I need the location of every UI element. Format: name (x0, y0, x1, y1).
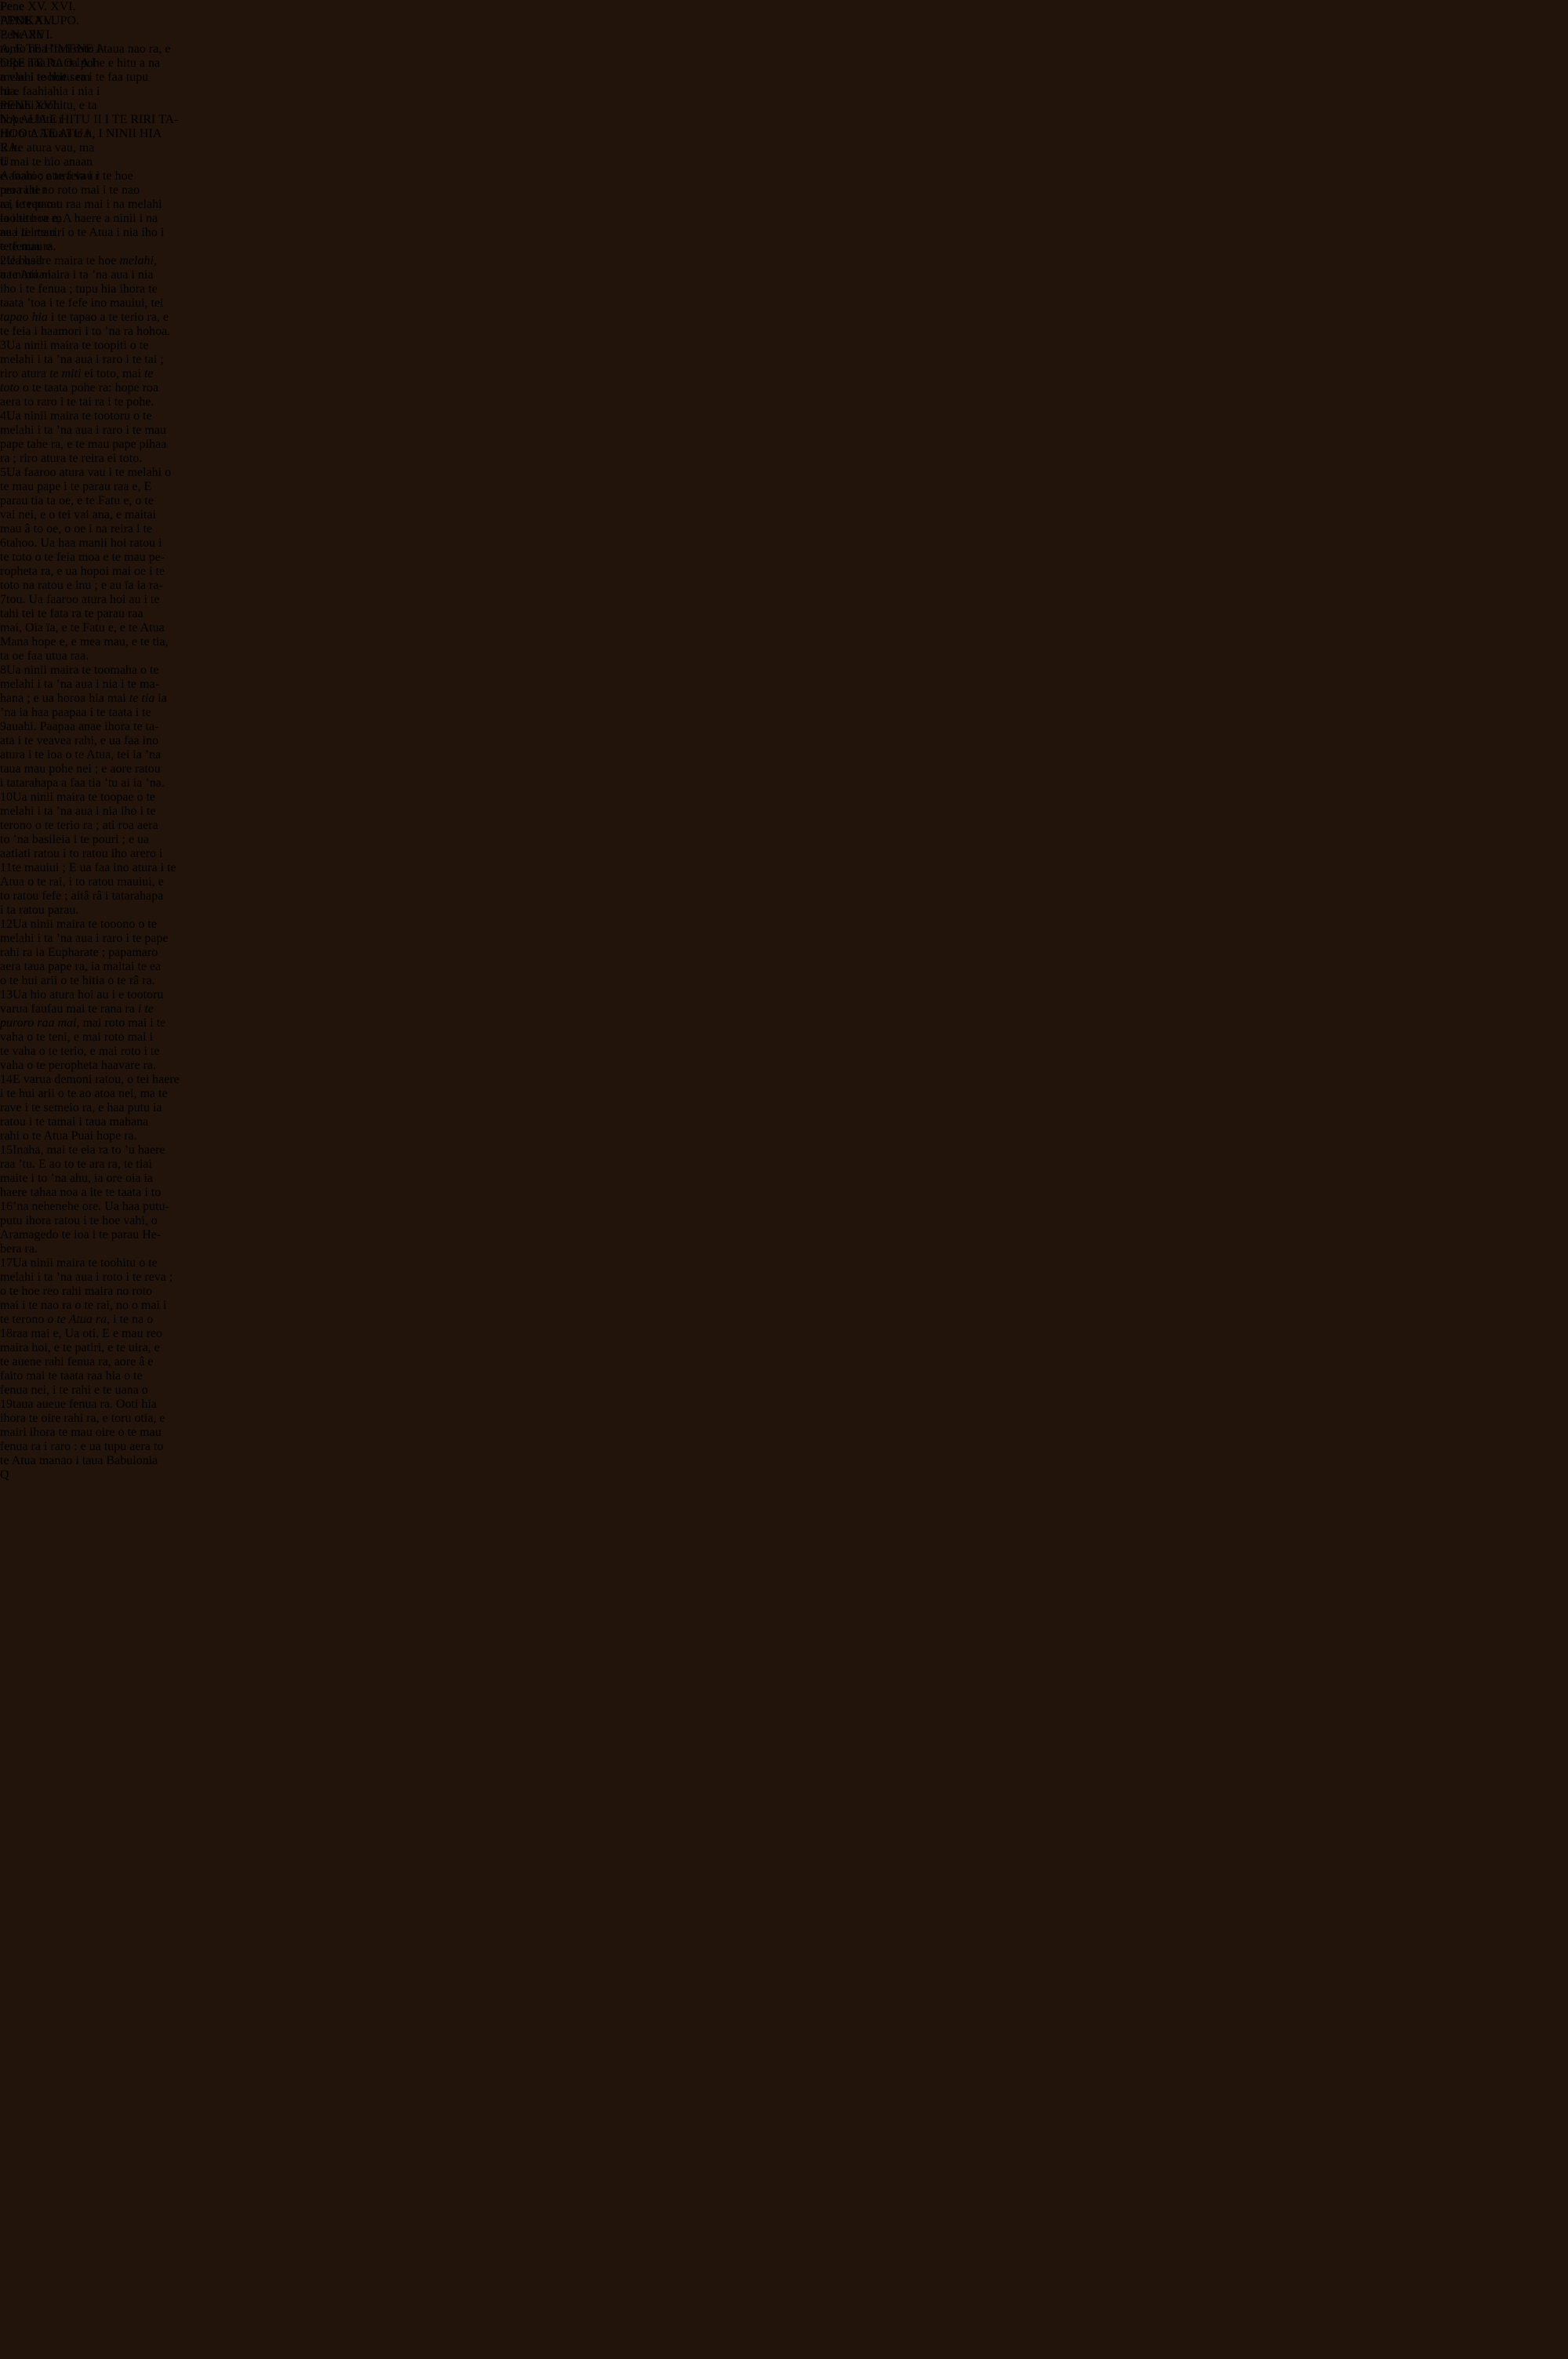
text-line: i ta ratou parau. (0, 903, 1568, 918)
spine-text-fragment: i te basil (0, 254, 153, 268)
spine-text-fragment: a i te reo o t (0, 198, 153, 212)
text-line: mau â to oe, o oe i na reira i te (0, 522, 1568, 536)
text-line: te feia i haamori i to ’na ra hohoa. (0, 325, 1568, 339)
running-header-right: Pene XVI. (0, 28, 1568, 42)
spine-text-fragment: ti mai te hio anaan (0, 155, 153, 169)
spine-text-fragment: E ite atura vau, ma (0, 141, 153, 155)
text-line: 7tou. Ua faaroo atura hoi au i te (0, 593, 1568, 607)
text-line: aera to raro i te tai ra i te pohe. (0, 395, 1568, 409)
spine-text-fragment: A, E TE HIMENE A (0, 42, 153, 56)
text-line: o te hoe reo rahi maira no roto (0, 1285, 1568, 1299)
text-line: rahi ra ia Eupharate ; papamaro (0, 946, 1568, 960)
text-line: te Atua manao i taua Babulonia (0, 1454, 1568, 1468)
drop-cap: U (0, 155, 1568, 169)
signature-mark: Q (0, 1468, 1568, 1482)
spine-text-fragment: Pene (0, 0, 153, 14)
previous-page-edge: PenePENE XV.E NAPEA, E TE HIMENE AORE TE… (0, 0, 153, 2359)
text-line: atura i te ioa o te Atua, tei ia ’na (0, 748, 1568, 762)
intro-paragraph: tomo noa ’tu i roto i taua nao ra, ehope… (0, 42, 1568, 99)
text-line: tomo noa ’tu i roto i taua nao ra, e (0, 42, 1568, 56)
text-line: HOO A TE ATUA, I NINII HIA (0, 127, 1568, 141)
text-line: rave i te semeio ra, e haa putu ia (0, 1101, 1568, 1115)
running-header-title: APOKALUPO. (0, 14, 1568, 28)
text-line: parau tia ta oe, e te Fatu e, o te (0, 494, 1568, 508)
text-line: iho i te fenua ; tupu hia ihora te (0, 282, 1568, 296)
text-line: to ’na basileia i te pouri ; e ua (0, 833, 1568, 847)
verse-1-paragraph: U A faaroo atura vau i te hoereo rahi no… (0, 155, 1568, 254)
text-line: fenua ra i raro : e ua tupu aera to (0, 1440, 1568, 1454)
text-line: fenua nei, i te rahi e te uana o (0, 1383, 1568, 1398)
spine-text-fragment: ia i te hoe m (0, 212, 153, 226)
text-line: melahi i ta ’na aua i nia i te ma- (0, 678, 1568, 692)
text-line: 16’na nehenehe ore. Ua haa putu- (0, 1200, 1568, 1214)
text-line: toto na ratou e inu ; e au ïa ia ra- (0, 579, 1568, 593)
text-line: ropheta ra, e ua hopoi mai oe i te (0, 565, 1568, 579)
text-line: Atua o te rai, i to ratou mauiui, e (0, 875, 1568, 889)
spine-text-fragment: hope e hitu r (0, 113, 153, 127)
text-line: 12Ua ninii maira te tooono o te (0, 918, 1568, 932)
text-line: rahi o te Atua Puai hope ra. (0, 1129, 1568, 1143)
text-line: melahi i ta ’na aua i raro i te mau (0, 423, 1568, 438)
text-line: hope noa ’tu na pohe e hitu a na (0, 56, 1568, 71)
text-line: puroro raa mai, mai roto mai i te (0, 1016, 1568, 1030)
text-line: melahi i ta ’na aua i roto i te reva ; (0, 1270, 1568, 1285)
text-line: vaha o te peropheta haavare ra. (0, 1059, 1568, 1073)
text-line: maira hoi, e te patiri, e te uira, e (0, 1341, 1568, 1355)
text-line: hana ; e ua horoa hia mai te tia ia (0, 692, 1568, 706)
text-line: faito mai te taata raa hia o te (0, 1369, 1568, 1383)
text-line: 14E varua demoni ratou, o tei haere (0, 1073, 1568, 1087)
spine-text-fragment: e te mau e (0, 240, 153, 254)
spine-text-fragment: e anahi ; e te feia i r (0, 169, 153, 184)
text-line: tahi tei te fata ra te parau raa (0, 607, 1568, 621)
text-line: taata ’toa i te fefe ino mauiui, tei (0, 296, 1568, 311)
spine-text-fragment: melahi toohitu, e ta (0, 99, 153, 113)
text-line: ra ; riro atura te reira ei toto. (0, 452, 1568, 466)
text-line: toohitu ra e, A haere a ninii i na (0, 212, 1568, 226)
chapter-summary: NA AUA E HITU II I TE RIRI TA-HOO A TE A… (0, 113, 1568, 155)
spine-text-fragment: pera i te t (0, 184, 153, 198)
text-line: toto o te taata pohe ra: hope roa (0, 381, 1568, 395)
text-line: te toto o te feia moa e te mau pe- (0, 551, 1568, 565)
text-line: 18raa mai e, Ua oti. E e mau reo (0, 1327, 1568, 1341)
text-line: ’na ia haa paapaa i te taata i te (0, 706, 1568, 720)
text-line: melahi i ta ’na aua i raro i te pape (0, 932, 1568, 946)
text-line: pape tahe ra, e te mau pape pihaa (0, 438, 1568, 452)
text-line: mai i te nao ra o te rai, no o mai i (0, 1299, 1568, 1313)
text-line: 3Ua ninii maira te toopiti o te (0, 339, 1568, 353)
text-line: aera taua pape ra, ia maitai te ea (0, 960, 1568, 974)
text-line: 11te mauiui ; E ua faa ino atura i te (0, 861, 1568, 875)
text-line: terono o te terio ra ; ati roa aera (0, 819, 1568, 833)
text-line: Mana hope e, e mea mau, e te tia, (0, 635, 1568, 649)
text-line: vai nei, e o tei vai ana, e maitai (0, 508, 1568, 522)
text-line: i te hui arii o te ao atoa nei, ma te (0, 1087, 1568, 1101)
text-line: haere tahaa noa a ite te taata i to (0, 1186, 1568, 1200)
text-line: te fenua ra. (0, 240, 1568, 254)
text-line: 5Ua faaroo atura vau i te melahi o (0, 466, 1568, 480)
text-line: Aramagedo te ioa i te parau He- (0, 1228, 1568, 1242)
text-line: 15Inaha, mai te eia ra to ’u haere (0, 1143, 1568, 1158)
text-line: 10Ua ninii maira te toopae o te (0, 791, 1568, 805)
text-line: 2Ua haere maira te hoe melahi, (0, 254, 1568, 268)
book-page-scan: { "header": { "left": "Pene XV. XVI.", "… (0, 0, 1568, 2359)
text-line: te auene rahi fenua ra, aore â e (0, 1355, 1568, 1369)
text-line: 6tahoo. Ua haa manii hoi ratou i (0, 536, 1568, 551)
text-line: ata i te veavea rahi, e ua faa ino (0, 734, 1568, 748)
text-line: putu ihora ratou i te hoe vahi, o (0, 1214, 1568, 1228)
right-column: atura i te ioa o te Atua, tei ia ’nataua… (0, 748, 1568, 1468)
text-line: te mau pape i te parau raa e, E (0, 480, 1568, 494)
text-line: maite i to ’na ahu, ia ore oia ia (0, 1172, 1568, 1186)
text-line: melahi i ta ’na aua i raro i te tai ; (0, 353, 1568, 367)
text-line: ihora te oire rahi ra, e toru otia, e (0, 1412, 1568, 1426)
spine-text-fragment: riri o te Atua i te n (0, 127, 153, 141)
text-line: 13Ua hio atura hoi au i e tootoru (0, 988, 1568, 1002)
text-line: A faaroo atura vau i te hoe (0, 169, 1568, 184)
text-line: o te hui arii o te hitia o te râ ra. (0, 974, 1568, 988)
text-line: bera ra. (0, 1242, 1568, 1256)
text-line: ratou i te tamai i taua mahana (0, 1115, 1568, 1129)
text-line: RA. (0, 141, 1568, 155)
text-line: 4Ua ninii maira te tootoru o te (0, 409, 1568, 423)
text-line: aua ii i te riri o te Atua i nia iho i (0, 226, 1568, 240)
text-line: i tatarahapa a faa tia ’tu ai ia ’na. (0, 776, 1568, 791)
text-line: riro atura te miti ei toto, mai te (0, 367, 1568, 381)
text-line: melahi toohitu ra i te faa tupu (0, 71, 1568, 85)
spine-text-fragment: na i te mau (0, 226, 153, 240)
spine-text-fragment: a te Atua i (0, 268, 153, 282)
text-line: to ratou fefe ; aitâ râ i tatarahapa (0, 889, 1568, 903)
text-line: 8Ua ninii maira te toomaha o te (0, 663, 1568, 678)
text-line: 19taua aueue fenua ra. Ooti hia (0, 1398, 1568, 1412)
text-line: varua faufau mai te rana ra i te (0, 1002, 1568, 1016)
spine-text-fragment: a vau i te hoe sem (0, 71, 153, 85)
text-line: taua mau pohe nei ; e aore ratou (0, 762, 1568, 776)
running-header-left: Pene XV. XVI. (0, 0, 1568, 14)
text-line: NA AUA E HITU II I TE RIRI TA- (0, 113, 1568, 127)
spine-text-fragment: PENE XV. (0, 14, 153, 28)
text-line: ua ninii maira i ta ’na aua i nia (0, 268, 1568, 282)
text-line: 9auahi. Paapaa anae ihora te ta- (0, 720, 1568, 734)
left-column: tomo noa ’tu i roto i taua nao ra, ehope… (0, 42, 1568, 748)
text-line: melahi i ta ’na aua i nia iho i te (0, 805, 1568, 819)
text-line: te vaha o te terio, e mai roto i te (0, 1045, 1568, 1059)
text-line: hia. (0, 85, 1568, 99)
spine-text-fragment: ORE TE RAO IA I (0, 56, 153, 71)
spine-text-fragment: ru e faahiahia i nia i (0, 85, 153, 99)
spine-text-fragment: E NAPE (0, 28, 153, 42)
text-line: aatiati ratou i to ratou iho arero i (0, 847, 1568, 861)
text-line: ta oe faa utua raa. (0, 649, 1568, 663)
chapter-heading: PENE XVI. (0, 99, 1568, 113)
text-line: vaha o te teni, e mai roto mai i (0, 1030, 1568, 1045)
text-line: tapao hia i te tapao a te terio ra, e (0, 311, 1568, 325)
text-line: 17Ua ninii maira te toohitu o te (0, 1256, 1568, 1270)
text-line: ra, i te parau raa mai i na melahi (0, 198, 1568, 212)
text-line: mai, Oia ïa, e te Fatu e, e te Atua (0, 621, 1568, 635)
text-line: reo rahi no roto mai i te nao (0, 184, 1568, 198)
text-line: raa ’tu. E ao to te ara ra, te tiai (0, 1158, 1568, 1172)
text-line: te terono o te Atua ra, i te na o (0, 1313, 1568, 1327)
left-verses: 2Ua haere maira te hoe melahi,ua ninii m… (0, 254, 1568, 748)
text-line: mairi ihora te mau oire o te mau (0, 1426, 1568, 1440)
